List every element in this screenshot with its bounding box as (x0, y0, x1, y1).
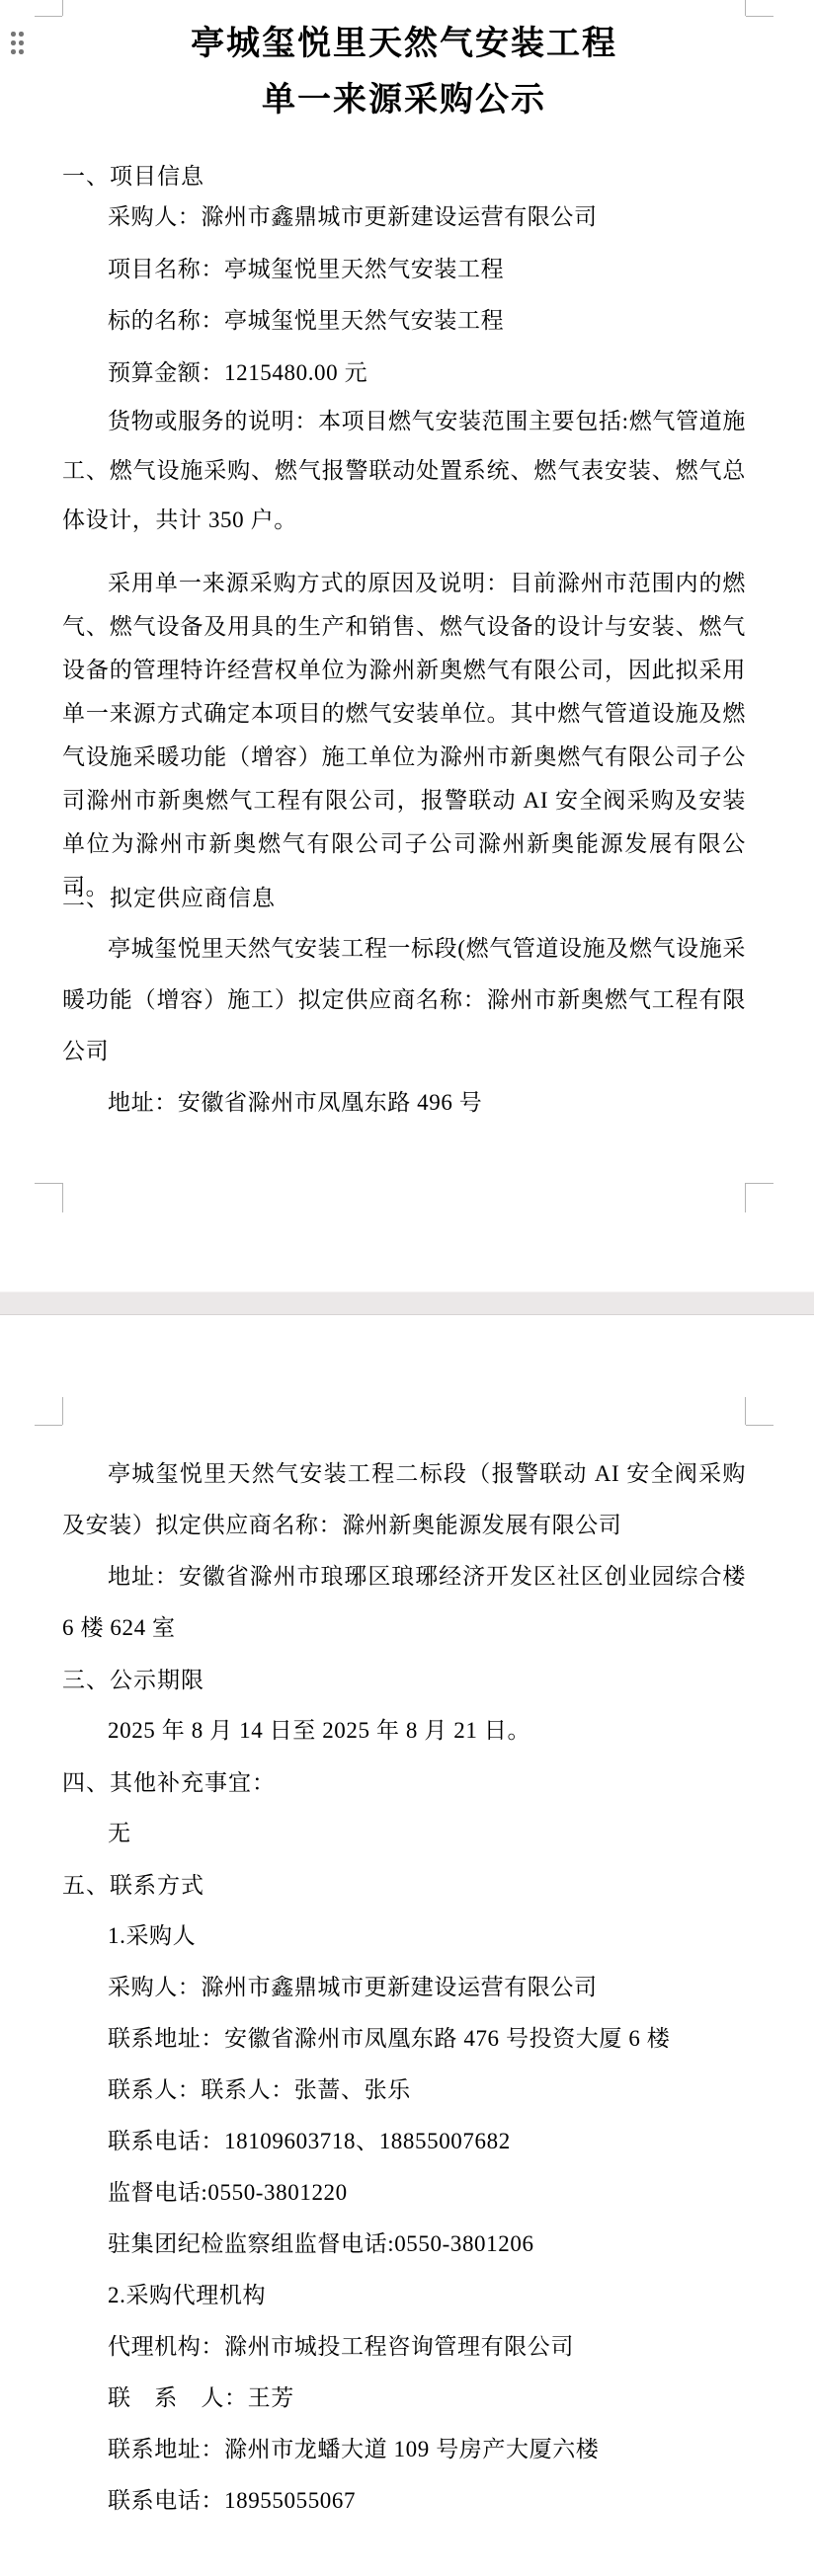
section4-heading: 四、其他补充事宜： (62, 1756, 746, 1808)
purchaser-name-line: 采购人：滁州市鑫鼎城市更新建设运营有限公司 (62, 1962, 746, 2013)
page1-bottom-left-margin-mark (35, 1183, 62, 1184)
single-source-reason-paragraph: 采用单一来源采购方式的原因及说明：目前滁州市范围内的燃气、燃气设备及用具的生产和… (62, 562, 746, 909)
publicity-period-line: 2025 年 8 月 14 日至 2025 年 8 月 21 日。 (62, 1705, 746, 1756)
page-separator (0, 1291, 814, 1315)
section2-heading: 二、拟定供应商信息 (62, 872, 746, 923)
budget-line: 预算金额：1215480.00 元 (62, 348, 746, 399)
page1-top-right-margin-mark (745, 0, 746, 16)
subject-name-line: 标的名称：亭城玺悦里天然气安装工程 (62, 295, 746, 347)
lot2-supplier-paragraph: 亭城玺悦里天然气安装工程二标段（报警联动 AI 安全阀采购及安装）拟定供应商名称… (62, 1448, 746, 1551)
lot1-supplier-paragraph: 亭城玺悦里天然气安装工程一标段(燃气管道设施及燃气设施采暖功能（增容）施工）拟定… (62, 923, 746, 1077)
lot2-address-paragraph: 地址：安徽省滁州市琅琊区琅琊经济开发区社区创业园综合楼 6 楼 624 室 (62, 1551, 746, 1654)
page1-bottom-left-margin-mark (62, 1183, 63, 1212)
project-name-line: 项目名称：亭城玺悦里天然气安装工程 (62, 244, 746, 295)
agency-name-line: 代理机构：滁州市城投工程咨询管理有限公司 (62, 2321, 746, 2373)
discipline-supervision-phone-line: 驻集团纪检监察组监督电话:0550-3801206 (62, 2219, 746, 2270)
agency-contact-label: 2.采购代理机构 (62, 2270, 746, 2321)
section4-none-line: 无 (62, 1808, 746, 1859)
agency-address-line: 联系地址：滁州市龙蟠大道 109 号房产大厦六楼 (62, 2424, 746, 2475)
document-title-line1: 亭城玺悦里天然气安装工程 (62, 16, 746, 72)
purchaser-contact-person-line: 联系人：联系人：张蔷、张乐 (62, 2065, 746, 2116)
document-title-line2: 单一来源采购公示 (62, 72, 746, 128)
document-title: 亭城玺悦里天然气安装工程 单一来源采购公示 (62, 16, 746, 128)
page2-top-right-margin-mark (745, 1397, 746, 1425)
page1-bottom-right-margin-mark (745, 1183, 746, 1212)
drag-handle-icon[interactable] (11, 32, 25, 55)
page2-top-right-margin-mark (746, 1425, 773, 1426)
purchaser-phone-line: 联系电话：18109603718、18855007682 (62, 2116, 746, 2167)
page1-bottom-right-margin-mark (746, 1183, 773, 1184)
section3-heading: 三、公示期限 (62, 1654, 746, 1705)
buyer-line: 采购人：滁州市鑫鼎城市更新建设运营有限公司 (62, 192, 746, 243)
document-canvas: 亭城玺悦里天然气安装工程 单一来源采购公示 一、项目信息 采购人：滁州市鑫鼎城市… (0, 0, 814, 2576)
purchaser-contact-label: 1.采购人 (62, 1911, 746, 1962)
goods-description-paragraph: 货物或服务的说明：本项目燃气安装范围主要包括:燃气管道施工、燃气设施采购、燃气报… (62, 397, 746, 545)
page1-top-left-margin-mark (35, 16, 62, 17)
section5-heading: 五、联系方式 (62, 1859, 746, 1911)
page1-top-left-margin-mark (62, 0, 63, 16)
supervision-phone-line: 监督电话:0550-3801220 (62, 2167, 746, 2219)
page2-top-left-margin-mark (35, 1425, 62, 1426)
agency-phone-line: 联系电话：18955055067 (62, 2475, 746, 2527)
drag-handle-dots (11, 32, 16, 37)
page2-top-left-margin-mark (62, 1397, 63, 1425)
purchaser-address-line: 联系地址：安徽省滁州市凤凰东路 476 号投资大厦 6 楼 (62, 2013, 746, 2065)
page1-top-right-margin-mark (746, 16, 773, 17)
agency-contact-person-line: 联 系 人：王芳 (62, 2373, 746, 2424)
lot1-address-line: 地址：安徽省滁州市凤凰东路 496 号 (62, 1077, 746, 1129)
